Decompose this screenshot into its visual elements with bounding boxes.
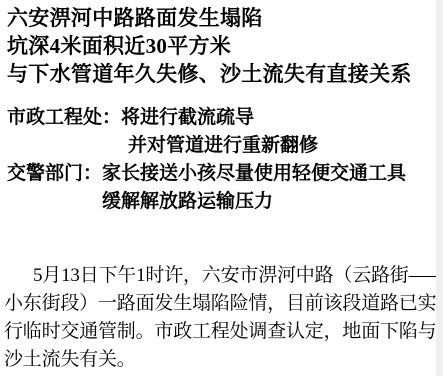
directive-traffic-line-2: 缓解解放路运输压力 (7, 188, 406, 216)
headline-line-1: 六安淠河中路路面发生塌陷 (7, 4, 412, 32)
document-page: 六安淠河中路路面发生塌陷 坑深4米面积近30平方米 与下水管道年久失修、沙土流失… (0, 0, 443, 376)
directive-municipal-line-2: 并对管道进行重新翻修 (7, 132, 406, 160)
headline-line-2: 坑深4米面积近30平方米 (7, 32, 412, 60)
headline-line-3: 与下水管道年久失修、沙土流失有直接关系 (7, 60, 412, 88)
body-paragraph: 5月13日下午1时许，六安市淠河中路（云路街—— 小东街段）一路面发生塌陷险情，… (4, 262, 440, 374)
body-line-3: 行临时交通管制。市政工程处调查认定，地面下陷与 (4, 318, 440, 346)
body-line-2: 小东街段）一路面发生塌陷险情，目前该段道路已实 (4, 290, 440, 318)
right-edge-strip (436, 0, 443, 376)
body-line-1: 5月13日下午1时许，六安市淠河中路（云路街—— (4, 262, 440, 290)
directives-block: 市政工程处：将进行截流疏导 并对管道进行重新翻修 交警部门：家长接送小孩尽量使用… (7, 104, 406, 216)
directive-municipal-line-1: 市政工程处：将进行截流疏导 (7, 104, 406, 132)
headline-block: 六安淠河中路路面发生塌陷 坑深4米面积近30平方米 与下水管道年久失修、沙土流失… (7, 4, 412, 88)
directive-traffic-line-1: 交警部门：家长接送小孩尽量使用轻便交通工具 (7, 160, 406, 188)
body-line-4: 沙土流失有关。 (4, 346, 440, 374)
